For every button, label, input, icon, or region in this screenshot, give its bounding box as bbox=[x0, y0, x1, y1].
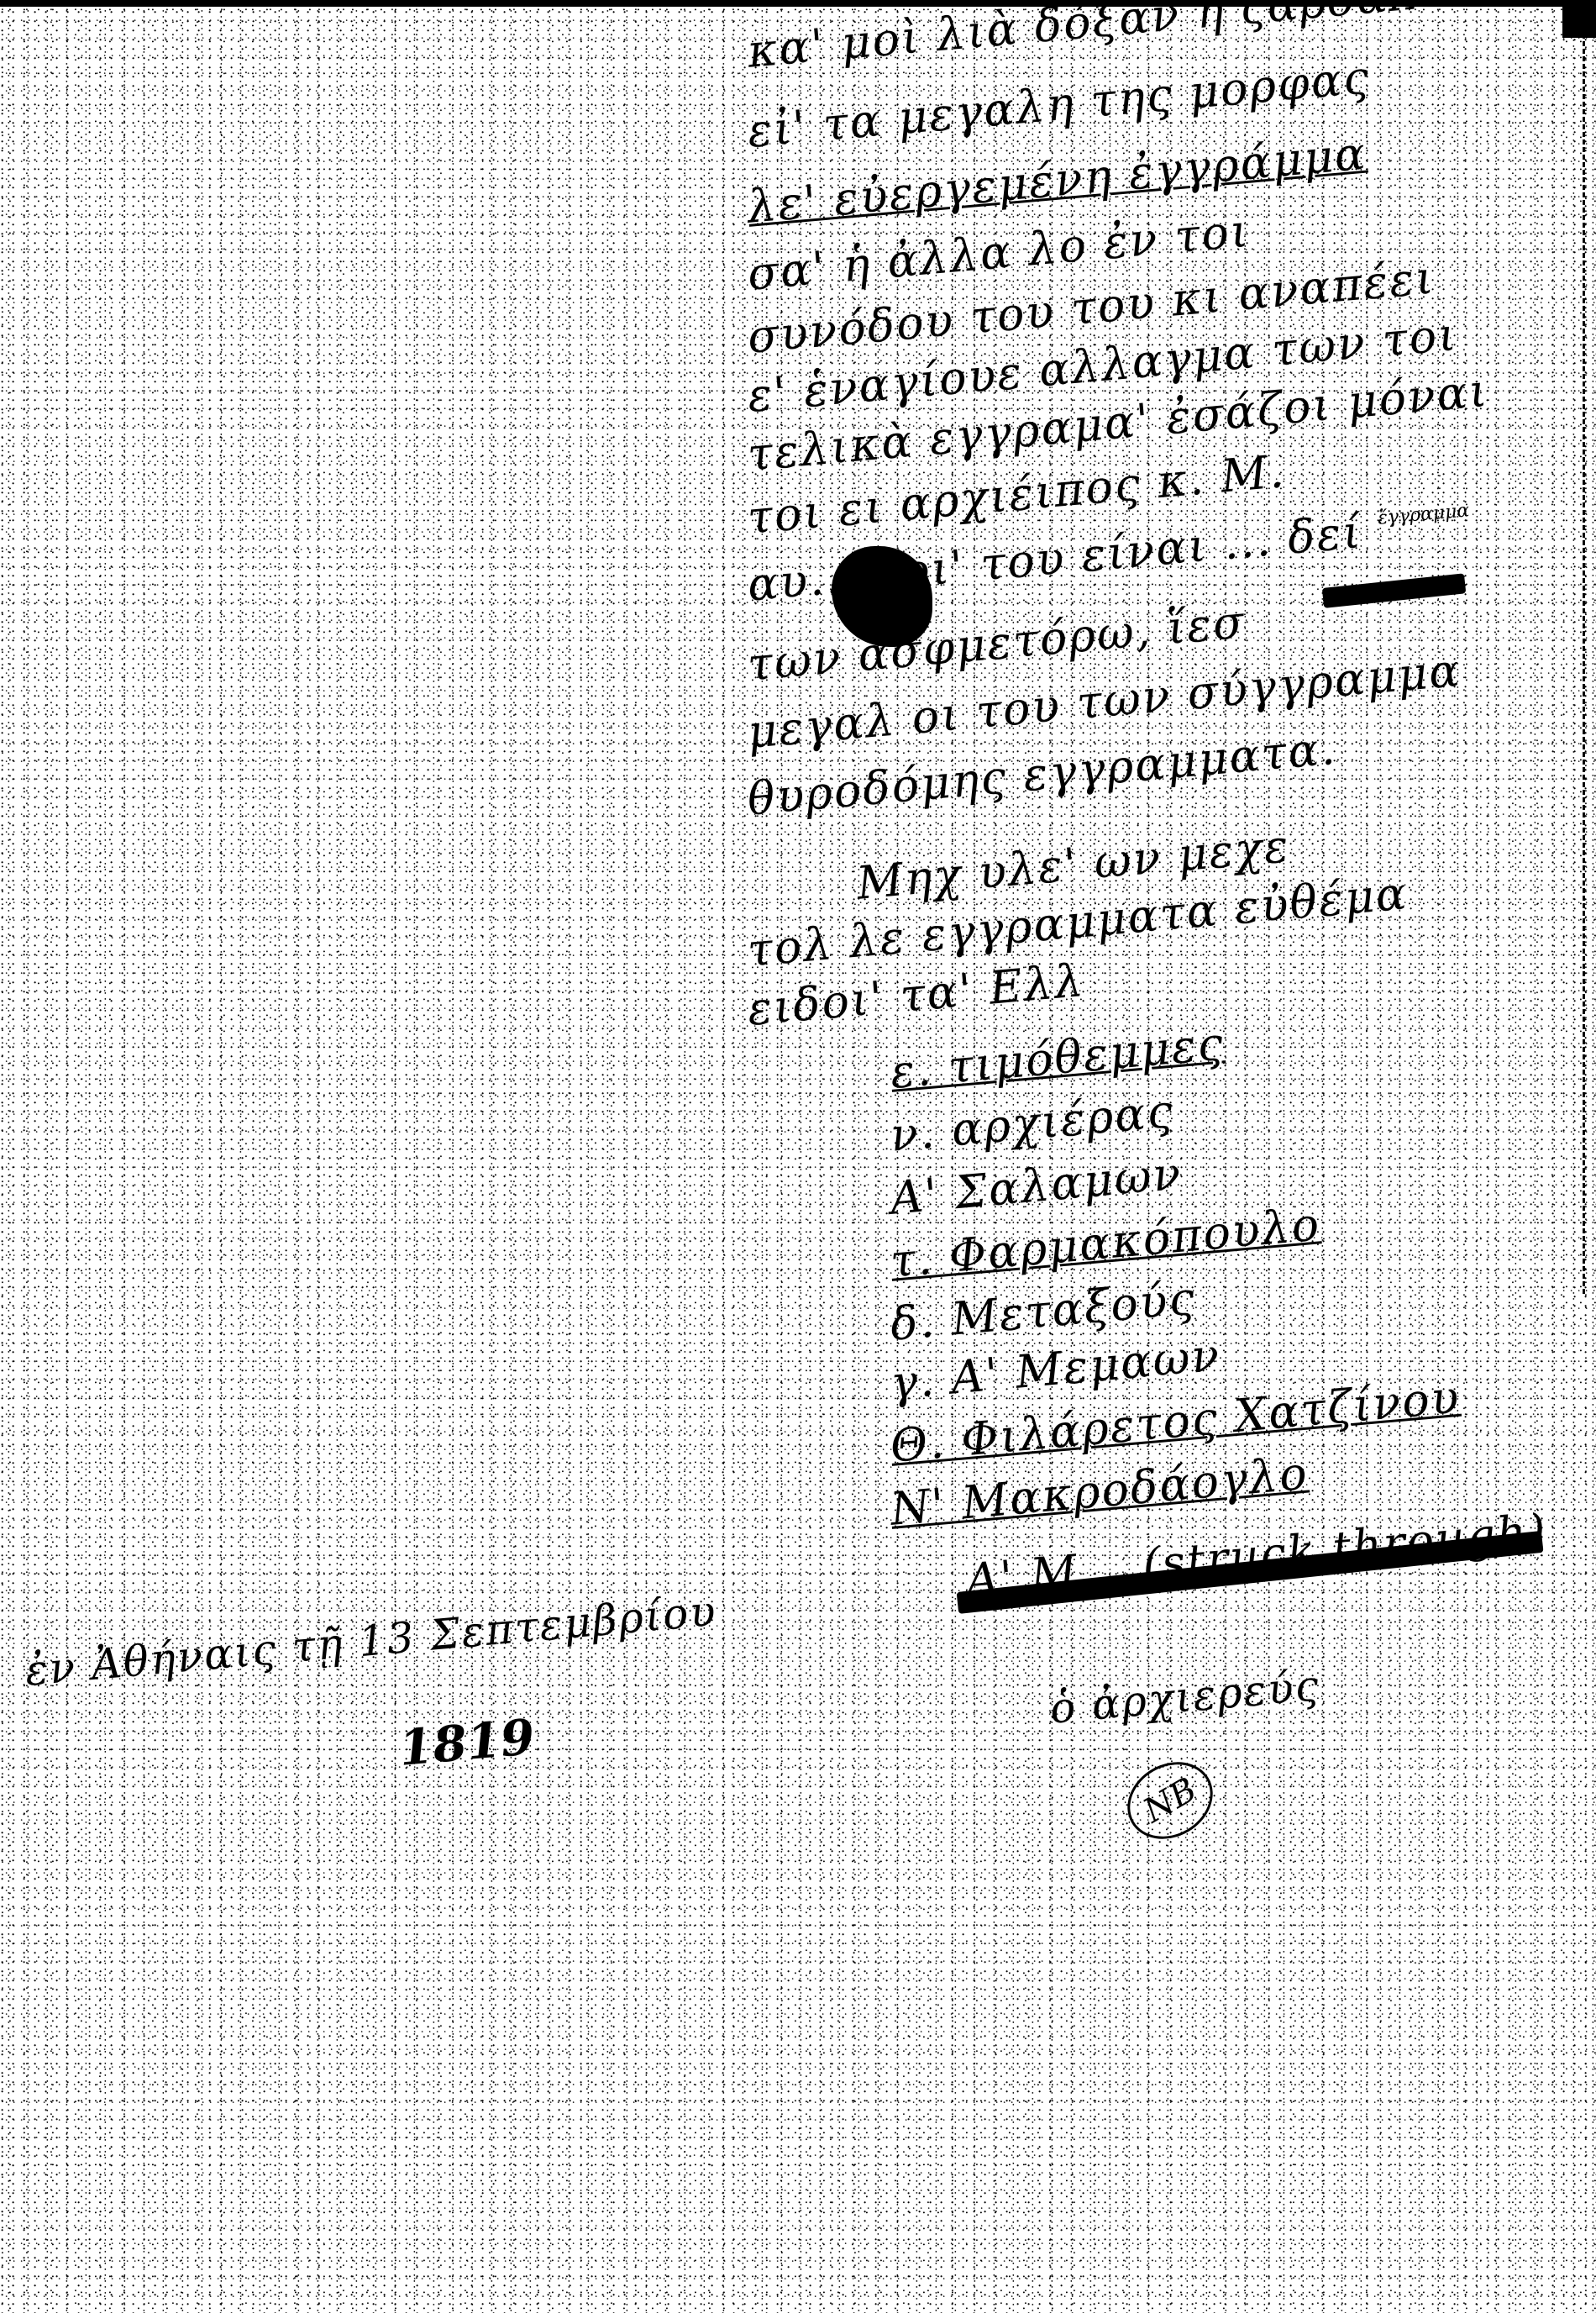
ink-strike bbox=[1322, 573, 1467, 608]
signatory-1: ε. τιμόθεμμες bbox=[888, 1017, 1226, 1099]
scan-corner-shadow bbox=[1562, 0, 1596, 38]
page-right-edge bbox=[1583, 34, 1585, 1294]
interlinear-correction: ἔγγραμμα bbox=[1377, 500, 1470, 528]
monogram-text: ΝΒ bbox=[1137, 1770, 1204, 1831]
signature-title: ὁ ἀρχιερεύς bbox=[1047, 1661, 1321, 1733]
year: 1819 bbox=[396, 1708, 537, 1777]
signature-monogram: ΝΒ bbox=[1114, 1747, 1227, 1853]
date-line: ἐν Ἀθήναις τῇ 13 Σεπτεμβρίου bbox=[23, 1586, 718, 1695]
